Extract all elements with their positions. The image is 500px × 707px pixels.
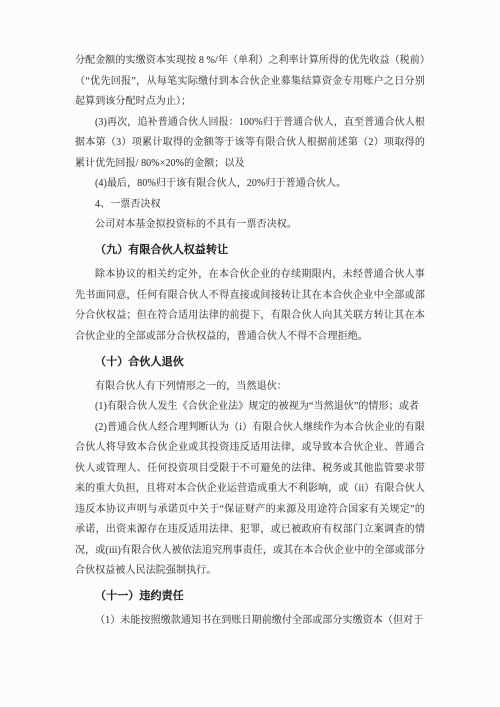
section-heading: （十）合伙人退伙: [75, 352, 425, 373]
paragraph: （1）未能按照缴款通知书在到账日期前缴付全部或部分实缴资本（但对于: [75, 611, 425, 632]
section-heading: （十一）违约责任: [75, 586, 425, 607]
paragraph: 分配金额的实缴资本实现按 8 %/年（单利）之利率计算所得的优先收益（税前）（“…: [75, 51, 425, 113]
paragraph: 4、一票否决权: [75, 195, 425, 216]
paragraph: 除本协议的相关约定外，在本合伙企业的存续期限内，未经普通合伙人事先书面同意，任何…: [75, 265, 425, 347]
paragraph: 公司对本基金拟投资标的不具有一票否决权。: [75, 215, 425, 236]
section-heading: （九）有限合伙人权益转让: [75, 240, 425, 261]
paragraph: 有限合伙人有下列情形之一的，当然退伙：: [75, 377, 425, 398]
paragraph: (4)最后，80%归于该有限合伙人，20%归于普通合伙人。: [75, 174, 425, 195]
paragraph: (1)有限合伙人发生《合伙企业法》规定的被视为“当然退伙”的情形；或者: [75, 397, 425, 418]
document-page: 分配金额的实缴资本实现按 8 %/年（单利）之利率计算所得的优先收益（税前）（“…: [0, 0, 500, 707]
paragraph: (2)普通合伙人经合理判断认为（i）有限合伙人继续作为本合伙企业的有限合伙人将导…: [75, 418, 425, 582]
document-text: 分配金额的实缴资本实现按 8 %/年（单利）之利率计算所得的优先收益（税前）（“…: [75, 51, 425, 632]
paragraph: (3)再次，追补普通合伙人回报：100%归于普通合伙人，直至普通合伙人根据本第（…: [75, 113, 425, 175]
